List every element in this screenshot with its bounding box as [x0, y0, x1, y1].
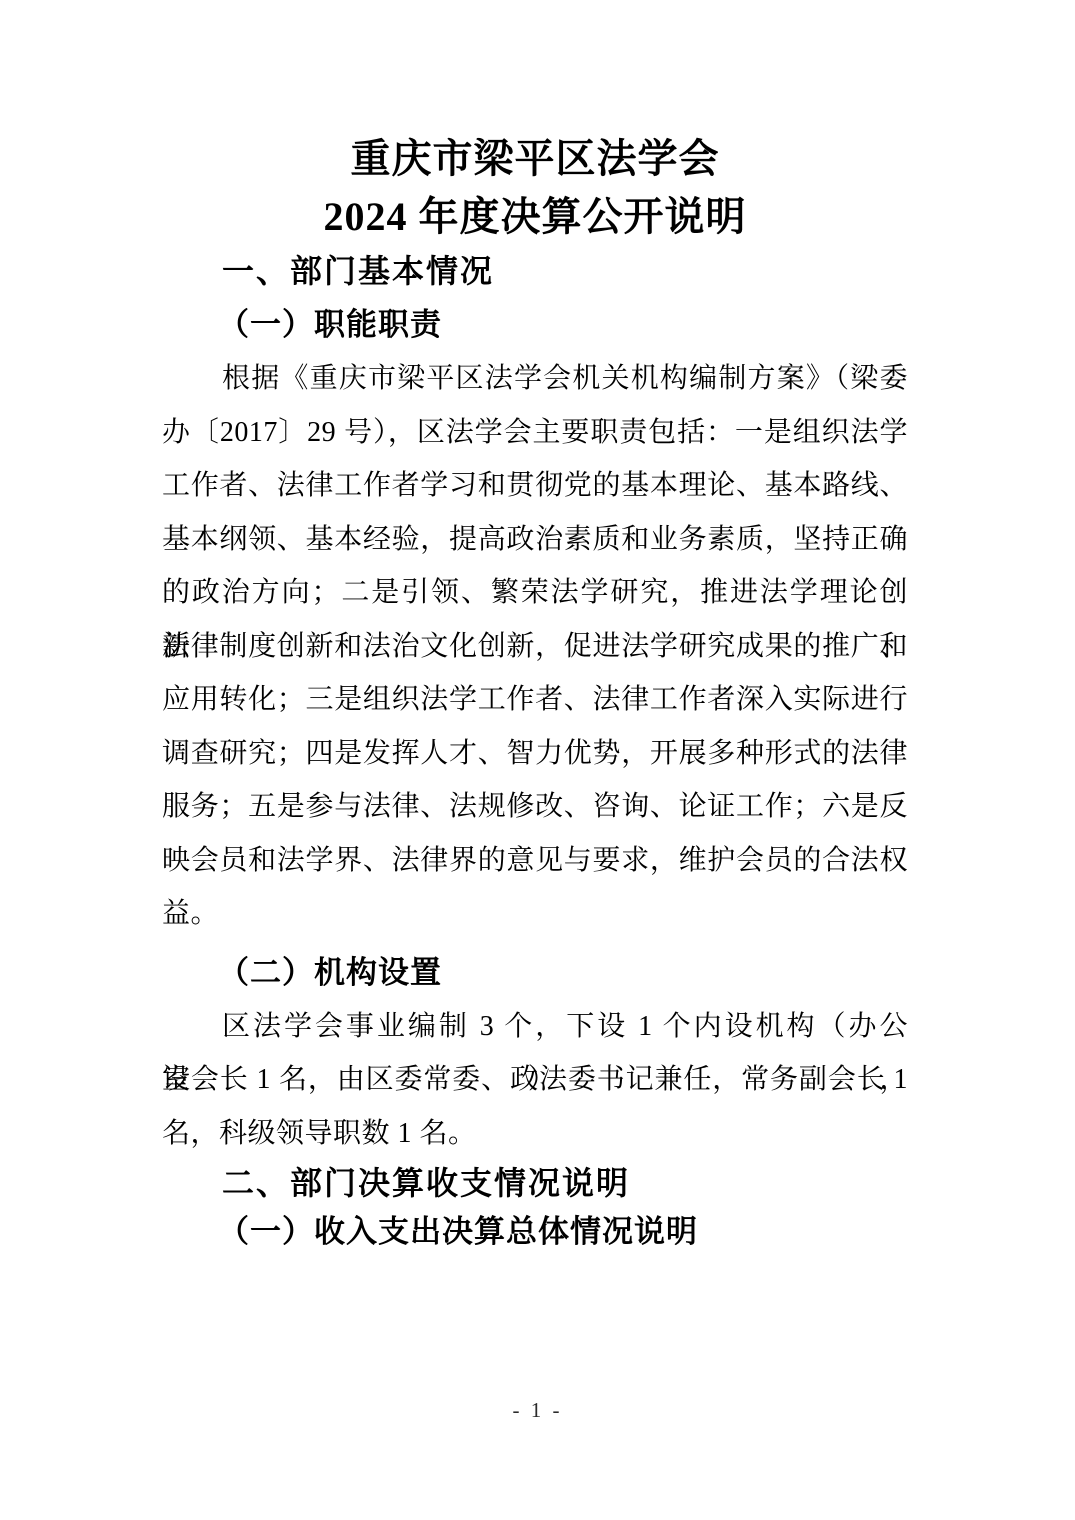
paragraph-line: 益。	[162, 887, 908, 941]
paragraph-line: 名，科级领导职数 1 名。	[162, 1107, 908, 1161]
paragraph-line: 的政治方向；二是引领、繁荣法学研究，推进法学理论创新、	[162, 566, 908, 620]
document-content: 重庆市梁平区法学会 2024 年度决算公开说明 一、部门基本情况 （一）职能职责…	[162, 130, 908, 1254]
title-line-2: 2024 年度决算公开说明	[162, 188, 908, 246]
duties-paragraph: 根据《重庆市梁平区法学会机关机构编制方案》（梁委 办〔2017〕29 号），区法…	[162, 352, 908, 941]
section-1-heading: 一、部门基本情况	[162, 249, 908, 293]
document-title: 重庆市梁平区法学会 2024 年度决算公开说明	[162, 130, 908, 246]
section-2-heading: 二、部门决算收支情况说明	[162, 1161, 908, 1205]
section-2-1-heading: （一）收入支出决算总体情况说明	[162, 1210, 908, 1254]
paragraph-line: 映会员和法学界、法律界的意见与要求，维护会员的合法权	[162, 834, 908, 888]
section-1-2-heading: （二）机构设置	[162, 951, 908, 995]
paragraph-line: 应用转化；三是组织法学工作者、法律工作者深入实际进行	[162, 673, 908, 727]
paragraph-line: 办〔2017〕29 号），区法学会主要职责包括：一是组织法学	[162, 406, 908, 460]
paragraph-line: 工作者、法律工作者学习和贯彻党的基本理论、基本路线、	[162, 459, 908, 513]
page-number: - 1 -	[0, 1398, 1075, 1423]
title-line-1: 重庆市梁平区法学会	[162, 130, 908, 188]
paragraph-line: 根据《重庆市梁平区法学会机关机构编制方案》（梁委	[162, 352, 908, 406]
organization-paragraph: 区法学会事业编制 3 个，下设 1 个内设机构（办公室）， 设会长 1 名，由区…	[162, 1000, 908, 1161]
paragraph-line: 设会长 1 名，由区委常委、政法委书记兼任，常务副会长 1	[162, 1053, 908, 1107]
paragraph-line: 区法学会事业编制 3 个，下设 1 个内设机构（办公室），	[162, 1000, 908, 1054]
paragraph-line: 基本纲领、基本经验，提高政治素质和业务素质，坚持正确	[162, 513, 908, 567]
paragraph-line: 法律制度创新和法治文化创新，促进法学研究成果的推广和	[162, 620, 908, 674]
document-page: 重庆市梁平区法学会 2024 年度决算公开说明 一、部门基本情况 （一）职能职责…	[0, 0, 1075, 1520]
section-1-1-heading: （一）职能职责	[162, 303, 908, 347]
paragraph-line: 服务；五是参与法律、法规修改、咨询、论证工作；六是反	[162, 780, 908, 834]
paragraph-line: 调查研究；四是发挥人才、智力优势，开展多种形式的法律	[162, 727, 908, 781]
